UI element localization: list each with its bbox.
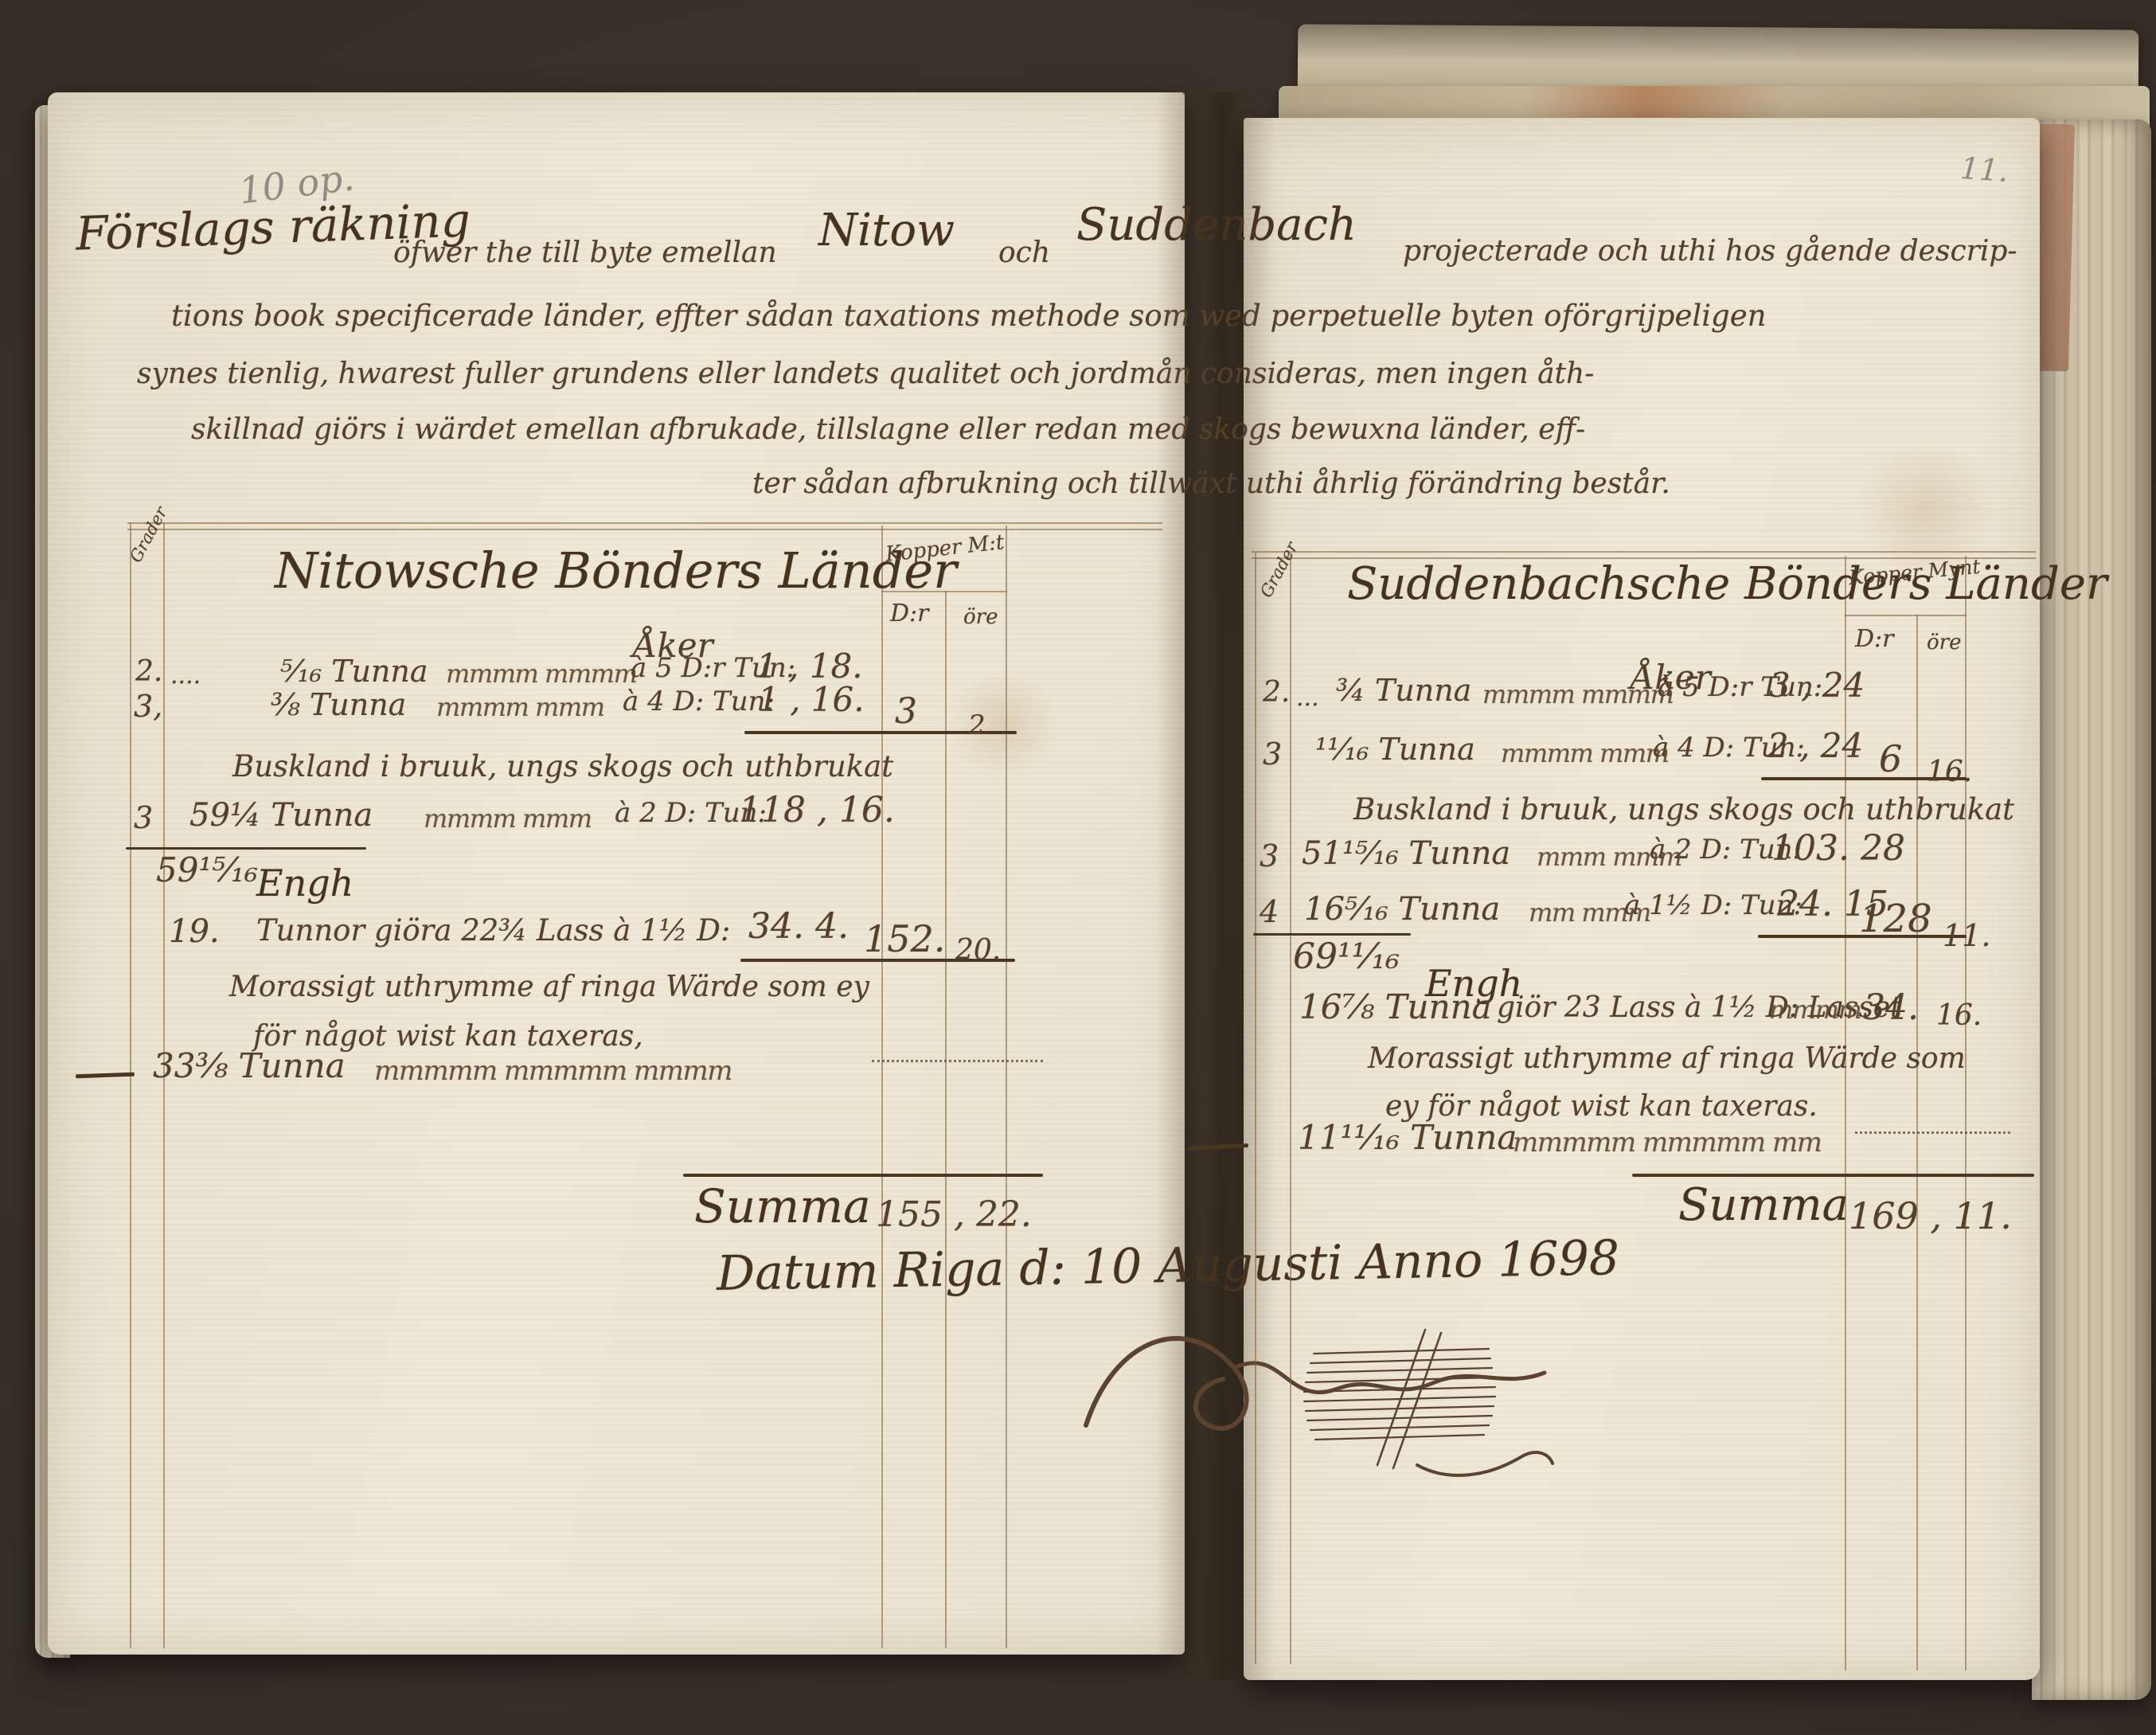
summa-rule	[1632, 1174, 2034, 1177]
right-r2-outer-daler: 6	[1879, 741, 1902, 777]
manuscript-photo: 10 op. 11. Förslags räkning öfwer the ti…	[0, 0, 2156, 1735]
left-r2-grade: 3,	[134, 691, 162, 721]
left-r2-rate: à 4 D: Tun:	[623, 688, 775, 715]
left-summa-value: 155 , 22.	[876, 1198, 1032, 1233]
right-r3-grade: 3	[1260, 841, 1279, 871]
left-morass-note-1: Morassigt uthrymme af ringa Wärde som ey	[229, 973, 869, 1002]
rule-line	[1255, 553, 1256, 1664]
left-r4-amount: 34. 4.	[748, 909, 849, 944]
rule-line	[1252, 551, 2036, 553]
rule-line	[127, 522, 1162, 524]
subtotal-rule	[1253, 933, 1411, 936]
header-mid1: öfwer the till byte emellan	[393, 239, 777, 268]
dotted-continuation	[1855, 1131, 2010, 1134]
filler-squiggle: mmmm mmmm	[446, 661, 636, 686]
left-r3-amount: 118 , 16.	[739, 793, 895, 828]
header-name-suddenbach: Suddenbach	[1076, 203, 1357, 248]
subtotal-rule	[126, 847, 366, 850]
right-r1-grade: 2.	[1263, 678, 1290, 707]
right-r1-qty: ¾ Tunna	[1336, 675, 1471, 705]
paper-stain	[1847, 446, 2006, 573]
rule-line	[1965, 556, 1967, 1671]
left-r2-amount: 1 , 16.	[758, 683, 865, 717]
right-r2-amount: 2 , 24	[1767, 729, 1863, 763]
right-r1-dots: ...	[1296, 686, 1319, 710]
filler-squiggle: mmmmm mmmmm mm	[1513, 1129, 1822, 1156]
left-section-buskland: Buskland i bruuk, ungs skogs och uthbruk…	[232, 752, 893, 781]
left-r4-outer-daler: 152.	[864, 920, 945, 957]
rule-line	[1290, 553, 1291, 1664]
header-name-nitow: Nitow	[818, 209, 955, 253]
left-col-daler: D:r	[890, 602, 929, 626]
date-line: Datum Riga d: 10 Augusti Anno 1698	[717, 1234, 1620, 1298]
right-summa-value: 169 , 11.	[1849, 1198, 2012, 1234]
left-r1-grade: 2.	[135, 658, 162, 686]
left-subtotal-qty: 59¹⁵⁄₁₆	[156, 854, 258, 887]
left-r1-qty: ⁵⁄₁₆ Tunna	[280, 656, 428, 686]
rule-line	[163, 522, 165, 1648]
right-morass-note-1: Morassigt uthrymme af ringa Wärde som	[1368, 1045, 1966, 1073]
paper-stain	[939, 677, 1067, 772]
right-r4-outer-ore: 11.	[1943, 920, 1990, 951]
right-col-daler: D:r	[1855, 627, 1894, 651]
dotted-continuation	[872, 1059, 1043, 1062]
left-r1-dots: ....	[170, 664, 201, 688]
right-r4-rate: à 1½ D: Tun:	[1624, 892, 1803, 919]
right-r5-qty: 16⅞ Tunna	[1299, 991, 1492, 1024]
left-r1-amount: 1 , 18.	[756, 650, 863, 683]
right-r3-amount: 103. 28	[1771, 831, 1905, 866]
left-section-engh: Engh	[256, 865, 353, 901]
rule-line	[1845, 615, 1967, 616]
header-line2: tions book specificerade länder, effter …	[171, 301, 1766, 330]
right-col-ore: öre	[1927, 632, 1961, 653]
left-r4-outer-ore: 20.	[955, 936, 1001, 965]
right-section-buskland: Buskland i bruuk, ungs skogs och uthbruk…	[1353, 795, 2014, 824]
right-r4-grade: 4	[1260, 897, 1279, 927]
filler-squiggle: mmmm mmm	[1501, 741, 1669, 766]
page-number: 11.	[1959, 153, 2010, 186]
header-line4: skillnad giörs i wärdet emellan afbrukad…	[191, 416, 1585, 444]
left-r4-desc: Tunnor giöra 22¾ Lass à 1½ D:	[256, 916, 730, 945]
right-morass-note-2: ey för något wist kan taxeras.	[1385, 1092, 1818, 1121]
rule-line	[945, 591, 947, 1648]
left-r2-outer-ore: 2	[968, 712, 986, 739]
right-r5-outer-ore: 16.	[1936, 1002, 1982, 1030]
right-r2-qty: ¹¹⁄₁₆ Tunna	[1315, 734, 1475, 764]
left-r2-qty: ⅜ Tunna	[271, 690, 406, 720]
header-line3: synes tienlig, hwarest fuller grundens e…	[137, 360, 1594, 389]
filler-squiggle: mmmm mmm	[424, 806, 592, 831]
filler-squiggle: mmmmm mmmmm mmmm	[374, 1057, 732, 1084]
signature-flourish	[1075, 1306, 1600, 1489]
right-r3-qty: 51¹⁵⁄₁₆ Tunna	[1302, 838, 1510, 869]
summa-rule	[683, 1174, 1043, 1177]
right-r6-qty: 11¹¹⁄₁₆ Tunna	[1298, 1121, 1517, 1155]
left-r2-outer-daler: 3	[895, 694, 917, 729]
right-subtotal-qty: 69¹¹⁄₁₆	[1293, 940, 1400, 975]
left-col-ore: öre	[963, 607, 998, 627]
filler-squiggle: mmmm mmmm	[1482, 682, 1673, 707]
header-line5: ter sådan afbrukning och tillwäxt uthi å…	[752, 470, 1670, 498]
right-r2-grade: 3	[1263, 739, 1282, 769]
right-summa-label: Summa	[1678, 1183, 1849, 1228]
left-r5-qty: 33⅜ Tunna	[153, 1049, 346, 1083]
rule-line	[127, 529, 1162, 530]
left-r4-qty: 19.	[169, 916, 220, 948]
right-r1-amount: 3 , 24	[1769, 669, 1865, 702]
filler-squiggle: mmmm mmm	[436, 694, 604, 720]
rule-line	[881, 526, 883, 1648]
right-r4-qty: 16⁵⁄₁₆ Tunna	[1304, 893, 1500, 925]
left-summa-label: Summa	[694, 1183, 871, 1229]
right-r5-outer-daler: 34.	[1863, 991, 1919, 1026]
right-table-title: Suddenbachsche Bönders Länder	[1347, 562, 2107, 607]
right-r2-outer-ore: 16.	[1927, 758, 1972, 787]
header-mid3: projecterade och uthi hos gående descrip…	[1403, 237, 2017, 266]
right-r4-outer-daler: 128	[1859, 900, 1932, 938]
rule-line	[1845, 556, 1846, 1671]
header-mid2: och	[998, 239, 1050, 268]
left-table-title: Nitowsche Bönders Länder	[275, 546, 957, 596]
left-r3-qty: 59¼ Tunna	[189, 799, 373, 831]
rule-line	[130, 522, 131, 1648]
left-r3-grade: 3	[134, 803, 153, 833]
rule-line	[1006, 526, 1007, 1648]
rule-line	[1916, 615, 1918, 1671]
filler-squiggle: mmmm	[1769, 997, 1861, 1022]
